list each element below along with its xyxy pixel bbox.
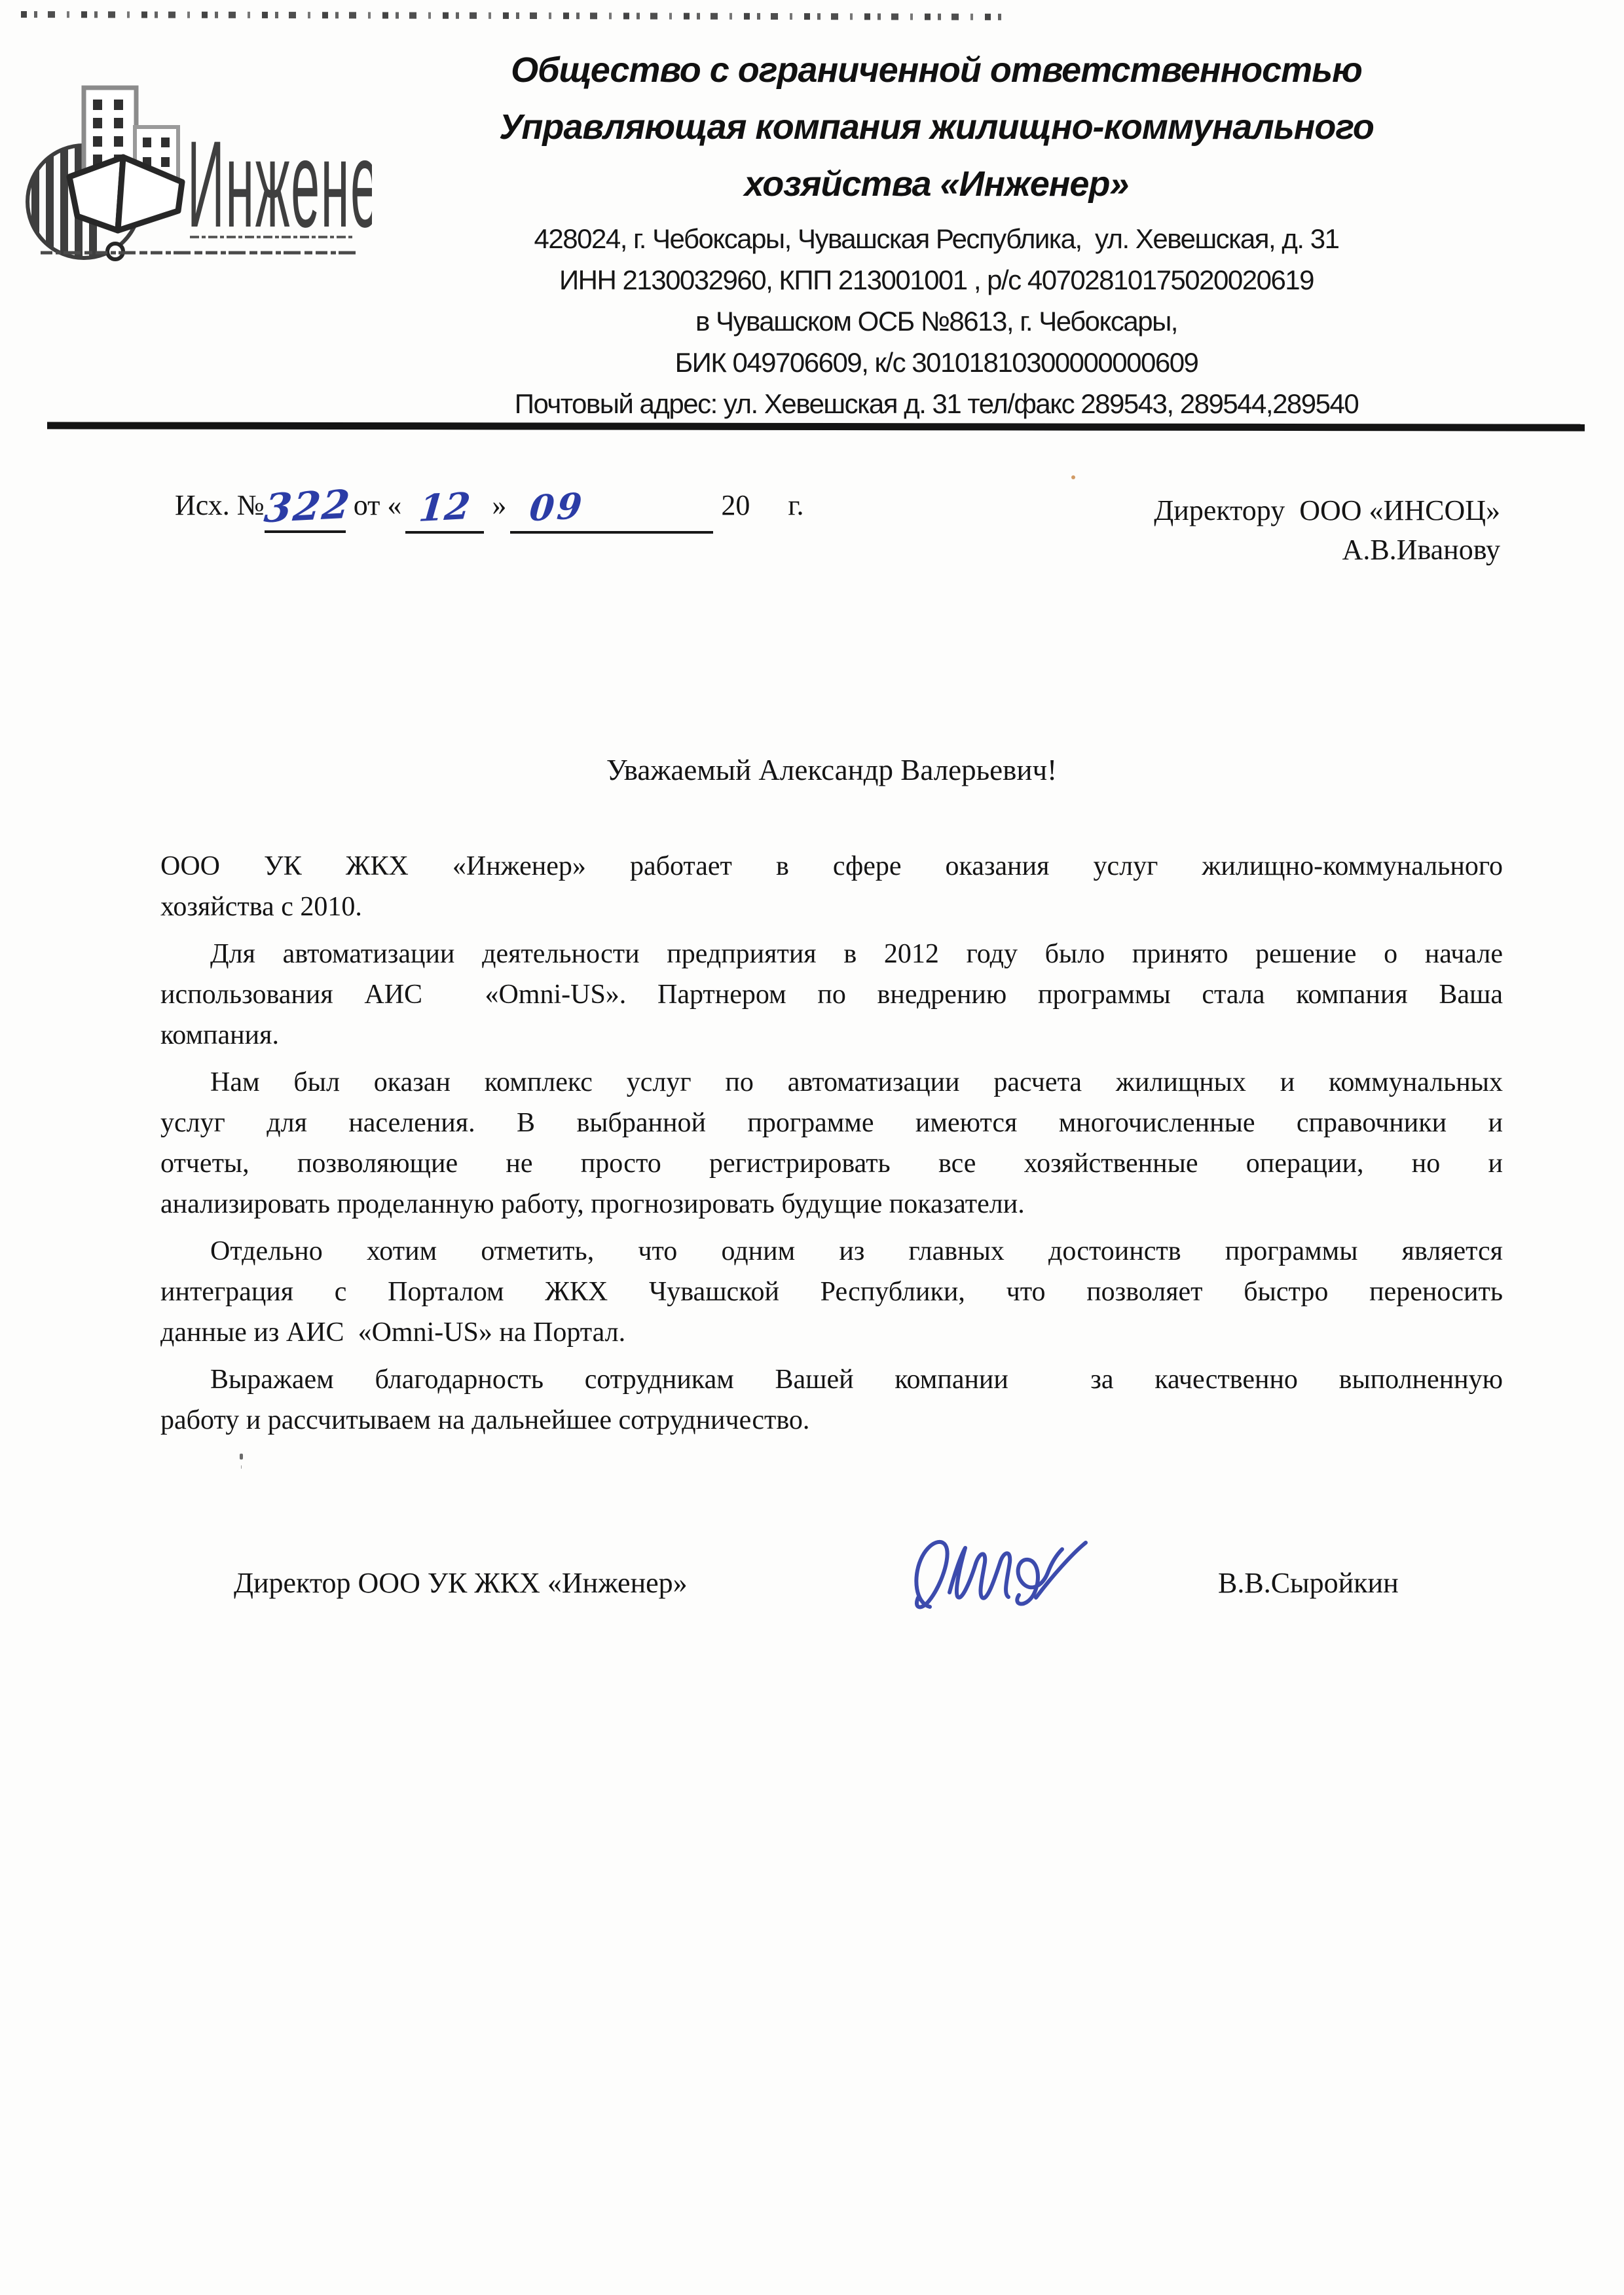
body-paragraph: ООО УК ЖКХ «Инженер» работает в сфере ок… bbox=[160, 846, 1503, 927]
body-line: Для автоматизации деятельности предприят… bbox=[160, 934, 1503, 974]
scan-speck bbox=[240, 1454, 243, 1460]
ref-month-handwritten: 09 bbox=[508, 486, 586, 529]
letterhead-title-line: Управляющая компания жилищно-коммунально… bbox=[380, 99, 1493, 156]
body-line: интеграция с Порталом ЖКХ Чувашской Респ… bbox=[160, 1272, 1503, 1312]
body-paragraph: Выражаем благодарность сотрудникам Вашей… bbox=[160, 1359, 1503, 1441]
ref-year-prefix: 20 bbox=[721, 489, 750, 521]
body-line: отчеты, позволяющие не просто регистриро… bbox=[160, 1143, 1503, 1184]
body-line: анализировать проделанную работу, прогно… bbox=[160, 1184, 1503, 1224]
signature-autograph bbox=[908, 1530, 1143, 1615]
body-line: ООО УК ЖКХ «Инженер» работает в сфере ок… bbox=[160, 846, 1503, 887]
scan-speck bbox=[1071, 475, 1075, 479]
letterhead-address-line: 428024, г. Чебоксары, Чувашская Республи… bbox=[380, 218, 1493, 259]
signature-name: В.В.Сыройкин bbox=[1218, 1566, 1399, 1600]
letterhead-address: 428024, г. Чебоксары, Чувашская Республи… bbox=[380, 218, 1493, 424]
letterhead-address-line: Почтовый адрес: ул. Хевешская д. 31 тел/… bbox=[380, 383, 1493, 424]
signature-title: Директор ООО УК ЖКХ «Инженер» bbox=[234, 1566, 688, 1600]
body-line: данные из АИС «Omni-US» на Портал. bbox=[160, 1312, 1503, 1353]
addressee-line: А.В.Иванову bbox=[1154, 530, 1500, 570]
body-line: работу и рассчитываем на дальнейшее сотр… bbox=[160, 1400, 1503, 1441]
body-line: использования АИС «Omni-US». Партнером п… bbox=[160, 974, 1503, 1015]
logo-text: Инженер bbox=[187, 115, 372, 253]
ref-month-blank: 09 bbox=[510, 492, 713, 534]
addressee-line: Директору ООО «ИНСОЦ» bbox=[1154, 491, 1500, 530]
letterhead-title-line: Общество с ограниченной ответственностью bbox=[380, 42, 1493, 99]
ref-day-handwritten: 12 bbox=[418, 487, 473, 528]
body-line: Отдельно хотим отметить, что одним из гл… bbox=[160, 1231, 1503, 1272]
ref-number-blank: 322 bbox=[265, 491, 346, 533]
body-paragraph: Нам был оказан комплекс услуг по автомат… bbox=[160, 1062, 1503, 1224]
letterhead-divider bbox=[47, 422, 1585, 431]
addressee-block: Директору ООО «ИНСОЦ» А.В.Иванову bbox=[1154, 491, 1500, 570]
body-paragraph: Отдельно хотим отметить, что одним из гл… bbox=[160, 1231, 1503, 1353]
letter-body: ООО УК ЖКХ «Инженер» работает в сфере ок… bbox=[160, 846, 1503, 1447]
body-line: хозяйства с 2010. bbox=[160, 887, 1503, 927]
body-line: компания. bbox=[160, 1015, 1503, 1056]
ref-from-label: от « bbox=[354, 489, 402, 521]
ref-number-handwritten: 322 bbox=[263, 485, 352, 529]
letterhead-address-line: в Чувашском ОСБ №8613, г. Чебоксары, bbox=[380, 301, 1493, 342]
salutation: Уважаемый Александр Валерьевич! bbox=[160, 753, 1503, 787]
ref-prefix: Исх. № bbox=[175, 489, 265, 521]
letterhead-title-line: хозяйства «Инженер» bbox=[380, 156, 1493, 213]
letterhead-title: Общество с ограниченной ответственностью… bbox=[380, 42, 1493, 213]
ref-year-suffix: г. bbox=[788, 489, 803, 521]
letterhead-address-line: БИК 049706609, к/с 30101810300000000609 bbox=[380, 342, 1493, 383]
letterhead-address-line: ИНН 2130032960, КПП 213001001 , р/с 4070… bbox=[380, 259, 1493, 301]
scanned-letter-page: { "colors": { "handwriting_ink": "#2b3ca… bbox=[0, 0, 1624, 2295]
body-line: Нам был оказан комплекс услуг по автомат… bbox=[160, 1062, 1503, 1103]
ref-day-blank: 12 bbox=[405, 492, 484, 534]
ref-close-quote: » bbox=[492, 489, 506, 521]
company-logo: Инженер bbox=[18, 65, 372, 275]
reference-line: Исх. №322от «12»0920г. bbox=[175, 488, 803, 534]
body-line: услуг для населения. В выбранной програм… bbox=[160, 1103, 1503, 1143]
body-line: Выражаем благодарность сотрудникам Вашей… bbox=[160, 1359, 1503, 1400]
letterhead: Общество с ограниченной ответственностью… bbox=[380, 42, 1493, 424]
scan-noise-band bbox=[21, 11, 1011, 20]
body-paragraph: Для автоматизации деятельности предприят… bbox=[160, 934, 1503, 1056]
